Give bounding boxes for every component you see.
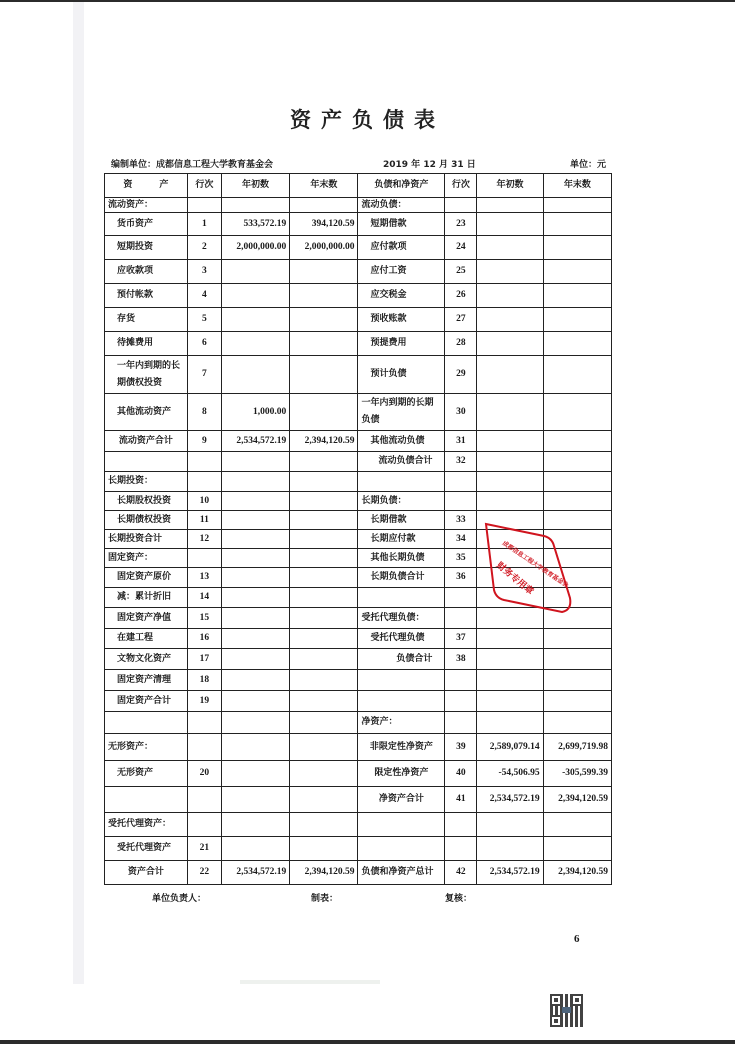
- asset-begin-value: [221, 837, 289, 861]
- asset-label: 长期债权投资: [105, 511, 188, 530]
- asset-row-no: 16: [187, 629, 221, 649]
- asset-begin-value: [221, 260, 289, 284]
- liability-begin-value: [477, 691, 543, 712]
- signature-unit-head: 单位负责人：: [152, 891, 206, 904]
- asset-end-value: [290, 837, 358, 861]
- asset-begin-value: 533,572.19: [221, 213, 289, 236]
- signature-preparer: 制表：: [311, 891, 338, 904]
- preparing-unit: 编制单位：成都信息工程大学教育基金会: [111, 157, 273, 170]
- asset-begin-value: [221, 284, 289, 308]
- asset-begin-value: [221, 332, 289, 356]
- liability-label: 长期负债合计: [358, 568, 445, 588]
- liability-begin-value: [477, 837, 543, 861]
- asset-label: 流动资产：: [105, 198, 188, 213]
- liability-begin-value: [477, 588, 543, 608]
- asset-row-no: 17: [187, 649, 221, 670]
- liability-row-no: 30: [445, 394, 477, 431]
- liability-begin-value: [477, 712, 543, 734]
- asset-begin-value: [221, 588, 289, 608]
- liability-begin-value: [477, 492, 543, 511]
- liability-begin-value: [477, 394, 543, 431]
- liability-label: 净资产合计: [358, 787, 445, 813]
- liability-end-value: [543, 198, 611, 213]
- asset-label: 资产合计: [105, 861, 188, 885]
- liability-label: [358, 670, 445, 691]
- asset-end-value: [290, 588, 358, 608]
- liability-end-value: [543, 356, 611, 394]
- table-row: 减：累计折旧14: [105, 588, 612, 608]
- liability-label: 流动负债：: [358, 198, 445, 213]
- asset-row-no: [187, 452, 221, 472]
- liability-row-no: [445, 492, 477, 511]
- liability-label: 应付工资: [358, 260, 445, 284]
- document-title: 资产负债表: [0, 104, 735, 134]
- liability-end-value: [543, 691, 611, 712]
- liability-end-value: [543, 530, 611, 549]
- liability-row-no: 36: [445, 568, 477, 588]
- liability-label: 负债合计: [358, 649, 445, 670]
- liability-end-value: [543, 837, 611, 861]
- liability-begin-value: [477, 260, 543, 284]
- liability-row-no: [445, 608, 477, 629]
- liability-label: 净资产：: [358, 712, 445, 734]
- liability-begin-value: [477, 332, 543, 356]
- qr-code-icon: [550, 994, 583, 1027]
- asset-label: 在建工程: [105, 629, 188, 649]
- scan-page-edge: [73, 2, 84, 984]
- liability-row-no: [445, 588, 477, 608]
- asset-row-no: 22: [187, 861, 221, 885]
- asset-end-value: [290, 712, 358, 734]
- asset-label: 短期投资: [105, 236, 188, 260]
- asset-row-no: 14: [187, 588, 221, 608]
- table-row: 流动负债合计32: [105, 452, 612, 472]
- asset-end-value: [290, 568, 358, 588]
- asset-row-no: [187, 813, 221, 837]
- asset-row-no: 1: [187, 213, 221, 236]
- header-end-right: 年末数: [543, 174, 611, 198]
- liability-label: [358, 691, 445, 712]
- asset-label: 无形资产: [105, 761, 188, 787]
- table-row: 待摊费用6预提费用28: [105, 332, 612, 356]
- liability-row-no: [445, 670, 477, 691]
- asset-end-value: 2,000,000.00: [290, 236, 358, 260]
- asset-row-no: [187, 198, 221, 213]
- asset-end-value: [290, 260, 358, 284]
- liability-begin-value: [477, 549, 543, 568]
- asset-end-value: [290, 608, 358, 629]
- table-row: 应收款项3应付工资25: [105, 260, 612, 284]
- header-begin: 年初数: [221, 174, 289, 198]
- asset-row-no: 18: [187, 670, 221, 691]
- liability-end-value: 2,394,120.59: [543, 787, 611, 813]
- asset-begin-value: [221, 670, 289, 691]
- asset-begin-value: [221, 198, 289, 213]
- liability-end-value: [543, 568, 611, 588]
- liability-row-no: 29: [445, 356, 477, 394]
- liability-label: 预收账款: [358, 308, 445, 332]
- asset-row-no: 3: [187, 260, 221, 284]
- table-row: 资产合计222,534,572.192,394,120.59负债和净资产总计42…: [105, 861, 612, 885]
- liability-label: 其他长期负债: [358, 549, 445, 568]
- asset-end-value: [290, 734, 358, 761]
- currency-unit: 单位：元: [570, 157, 606, 170]
- header-row-no: 行次: [187, 174, 221, 198]
- liability-label: 流动负债合计: [358, 452, 445, 472]
- liability-row-no: 37: [445, 629, 477, 649]
- table-row: 净资产：: [105, 712, 612, 734]
- asset-begin-value: [221, 787, 289, 813]
- asset-label: 固定资产：: [105, 549, 188, 568]
- liability-end-value: [543, 260, 611, 284]
- asset-label: [105, 712, 188, 734]
- table-body: 流动资产：流动负债：货币资产1533,572.19394,120.59短期借款2…: [105, 198, 612, 885]
- asset-label: 货币资产: [105, 213, 188, 236]
- table-row: 流动资产：流动负债：: [105, 198, 612, 213]
- liability-row-no: 32: [445, 452, 477, 472]
- liability-begin-value: 2,534,572.19: [477, 787, 543, 813]
- asset-label: 预付帐款: [105, 284, 188, 308]
- liability-begin-value: [477, 649, 543, 670]
- table-header-row: 资 产 行次 年初数 年末数 负债和净资产 行次 年初数 年末数: [105, 174, 612, 198]
- table-row: 预付帐款4应交税金26: [105, 284, 612, 308]
- table-row: 其他流动资产81,000.00一年内到期的长期负债30: [105, 394, 612, 431]
- liability-end-value: [543, 712, 611, 734]
- liability-end-value: [543, 308, 611, 332]
- scan-page-edge-bottom: [240, 980, 380, 984]
- table-row: 无形资产20限定性净资产40-54,506.95-305,599.39: [105, 761, 612, 787]
- liability-end-value: [543, 394, 611, 431]
- table-row: 长期债权投资11长期借款33: [105, 511, 612, 530]
- liability-end-value: [543, 236, 611, 260]
- table-row: 存货5预收账款27: [105, 308, 612, 332]
- asset-end-value: [290, 530, 358, 549]
- asset-begin-value: [221, 734, 289, 761]
- liability-end-value: [543, 588, 611, 608]
- table-row: 固定资产原价13长期负债合计36: [105, 568, 612, 588]
- asset-begin-value: [221, 549, 289, 568]
- asset-row-no: 19: [187, 691, 221, 712]
- liability-begin-value: [477, 452, 543, 472]
- asset-begin-value: [221, 530, 289, 549]
- asset-begin-value: 1,000.00: [221, 394, 289, 431]
- liability-end-value: [543, 213, 611, 236]
- liability-end-value: [543, 670, 611, 691]
- liability-label: 负债和净资产总计: [358, 861, 445, 885]
- asset-label: 文物文化资产: [105, 649, 188, 670]
- asset-end-value: [290, 629, 358, 649]
- liability-begin-value: [477, 213, 543, 236]
- liability-label: 预提费用: [358, 332, 445, 356]
- asset-begin-value: 2,534,572.19: [221, 431, 289, 452]
- balance-sheet-table: 资 产 行次 年初数 年末数 负债和净资产 行次 年初数 年末数 流动资产：流动…: [104, 173, 612, 885]
- table-row: 固定资产合计19: [105, 691, 612, 712]
- asset-row-no: [187, 712, 221, 734]
- asset-end-value: [290, 787, 358, 813]
- asset-label: 待摊费用: [105, 332, 188, 356]
- liability-label: 应付款项: [358, 236, 445, 260]
- asset-row-no: 15: [187, 608, 221, 629]
- liability-begin-value: 2,534,572.19: [477, 861, 543, 885]
- asset-row-no: 2: [187, 236, 221, 260]
- liability-begin-value: [477, 198, 543, 213]
- table-row: 长期股权投资10长期负债：: [105, 492, 612, 511]
- asset-row-no: 21: [187, 837, 221, 861]
- liability-end-value: [543, 452, 611, 472]
- liability-row-no: 23: [445, 213, 477, 236]
- asset-begin-value: [221, 308, 289, 332]
- asset-begin-value: [221, 452, 289, 472]
- liability-begin-value: [477, 472, 543, 492]
- asset-label: 流动资产合计: [105, 431, 188, 452]
- liability-row-no: [445, 198, 477, 213]
- table-row: 长期投资：: [105, 472, 612, 492]
- asset-begin-value: [221, 629, 289, 649]
- liability-label: 短期借款: [358, 213, 445, 236]
- liability-row-no: [445, 813, 477, 837]
- asset-row-no: 11: [187, 511, 221, 530]
- table-row: 一年内到期的长期债权投资7预计负债29: [105, 356, 612, 394]
- asset-end-value: 2,394,120.59: [290, 431, 358, 452]
- asset-end-value: [290, 649, 358, 670]
- asset-label: 应收款项: [105, 260, 188, 284]
- asset-label: 存货: [105, 308, 188, 332]
- table-row: 长期投资合计12长期应付款34: [105, 530, 612, 549]
- liability-begin-value: [477, 629, 543, 649]
- liability-label: 受托代理负债：: [358, 608, 445, 629]
- liability-end-value: [543, 813, 611, 837]
- page-number: 6: [574, 933, 580, 945]
- asset-begin-value: [221, 492, 289, 511]
- asset-end-value: [290, 284, 358, 308]
- liability-end-value: 2,699,719.98: [543, 734, 611, 761]
- liability-row-no: 27: [445, 308, 477, 332]
- asset-end-value: [290, 452, 358, 472]
- asset-end-value: [290, 761, 358, 787]
- liability-label: 一年内到期的长期负债: [358, 394, 445, 431]
- asset-label: 减：累计折旧: [105, 588, 188, 608]
- liability-label: 应交税金: [358, 284, 445, 308]
- liability-end-value: [543, 549, 611, 568]
- asset-label: 固定资产原价: [105, 568, 188, 588]
- liability-label: [358, 588, 445, 608]
- liability-row-no: [445, 837, 477, 861]
- liability-end-value: [543, 492, 611, 511]
- asset-end-value: [290, 308, 358, 332]
- asset-end-value: [290, 691, 358, 712]
- asset-end-value: [290, 332, 358, 356]
- liability-row-no: 28: [445, 332, 477, 356]
- liability-begin-value: [477, 356, 543, 394]
- liability-label: [358, 472, 445, 492]
- asset-label: 固定资产净值: [105, 608, 188, 629]
- table-row: 货币资产1533,572.19394,120.59短期借款23: [105, 213, 612, 236]
- asset-end-value: [290, 813, 358, 837]
- asset-label: 长期投资：: [105, 472, 188, 492]
- asset-begin-value: [221, 472, 289, 492]
- asset-label: 受托代理资产: [105, 837, 188, 861]
- liability-row-no: [445, 691, 477, 712]
- liability-begin-value: [477, 530, 543, 549]
- liability-begin-value: [477, 236, 543, 260]
- liability-end-value: [543, 431, 611, 452]
- header-assets: 资 产: [105, 174, 188, 198]
- asset-begin-value: 2,000,000.00: [221, 236, 289, 260]
- header-liabilities: 负债和净资产: [358, 174, 445, 198]
- asset-begin-value: [221, 761, 289, 787]
- liability-label: [358, 813, 445, 837]
- liability-label: [358, 837, 445, 861]
- liability-begin-value: [477, 670, 543, 691]
- asset-row-no: [187, 787, 221, 813]
- liability-row-no: 35: [445, 549, 477, 568]
- asset-label: 其他流动资产: [105, 394, 188, 431]
- viewer-top-bar: [0, 0, 735, 2]
- liability-row-no: [445, 712, 477, 734]
- asset-row-no: 7: [187, 356, 221, 394]
- liability-label: 其他流动负债: [358, 431, 445, 452]
- liability-begin-value: [477, 608, 543, 629]
- liability-row-no: 39: [445, 734, 477, 761]
- liability-end-value: [543, 608, 611, 629]
- liability-row-no: 31: [445, 431, 477, 452]
- table-row: 流动资产合计92,534,572.192,394,120.59其他流动负债31: [105, 431, 612, 452]
- asset-row-no: 8: [187, 394, 221, 431]
- table-row: 短期投资22,000,000.002,000,000.00应付款项24: [105, 236, 612, 260]
- liability-end-value: [543, 332, 611, 356]
- liability-row-no: 34: [445, 530, 477, 549]
- asset-begin-value: [221, 511, 289, 530]
- asset-row-no: 9: [187, 431, 221, 452]
- table-row: 固定资产净值15受托代理负债：: [105, 608, 612, 629]
- liability-row-no: [445, 472, 477, 492]
- asset-row-no: [187, 549, 221, 568]
- liability-end-value: 2,394,120.59: [543, 861, 611, 885]
- liability-begin-value: [477, 308, 543, 332]
- table-row: 无形资产：非限定性净资产392,589,079.142,699,719.98: [105, 734, 612, 761]
- liability-begin-value: [477, 284, 543, 308]
- liability-row-no: 40: [445, 761, 477, 787]
- asset-row-no: [187, 734, 221, 761]
- asset-row-no: [187, 472, 221, 492]
- liability-end-value: [543, 472, 611, 492]
- asset-label: 固定资产清理: [105, 670, 188, 691]
- asset-row-no: 12: [187, 530, 221, 549]
- asset-label: 长期投资合计: [105, 530, 188, 549]
- table-row: 净资产合计412,534,572.192,394,120.59: [105, 787, 612, 813]
- asset-end-value: [290, 549, 358, 568]
- asset-end-value: [290, 472, 358, 492]
- asset-end-value: [290, 394, 358, 431]
- asset-begin-value: [221, 691, 289, 712]
- asset-label: 长期股权投资: [105, 492, 188, 511]
- asset-begin-value: [221, 649, 289, 670]
- liability-label: 长期借款: [358, 511, 445, 530]
- asset-label: [105, 452, 188, 472]
- asset-row-no: 4: [187, 284, 221, 308]
- liability-begin-value: [477, 431, 543, 452]
- liability-begin-value: -54,506.95: [477, 761, 543, 787]
- table-row: 受托代理资产：: [105, 813, 612, 837]
- liability-label: 受托代理负债: [358, 629, 445, 649]
- liability-row-no: 33: [445, 511, 477, 530]
- asset-end-value: 2,394,120.59: [290, 861, 358, 885]
- liability-row-no: 26: [445, 284, 477, 308]
- table-row: 文物文化资产17负债合计38: [105, 649, 612, 670]
- asset-end-value: [290, 198, 358, 213]
- asset-begin-value: [221, 712, 289, 734]
- liability-end-value: [543, 284, 611, 308]
- liability-begin-value: [477, 511, 543, 530]
- liability-row-no: 25: [445, 260, 477, 284]
- liability-row-no: 24: [445, 236, 477, 260]
- asset-begin-value: [221, 356, 289, 394]
- asset-row-no: 6: [187, 332, 221, 356]
- liability-begin-value: [477, 813, 543, 837]
- header-row-no-right: 行次: [445, 174, 477, 198]
- liability-row-no: 41: [445, 787, 477, 813]
- liability-label: 长期负债：: [358, 492, 445, 511]
- liability-label: 限定性净资产: [358, 761, 445, 787]
- table-row: 固定资产：其他长期负债35: [105, 549, 612, 568]
- report-date: 2019 年 12 月 31 日: [383, 157, 476, 170]
- signature-reviewer: 复核：: [445, 891, 472, 904]
- table-row: 在建工程16受托代理负债37: [105, 629, 612, 649]
- viewer-bottom-bar: [0, 1040, 735, 1044]
- liability-end-value: [543, 649, 611, 670]
- liability-begin-value: 2,589,079.14: [477, 734, 543, 761]
- asset-end-value: [290, 492, 358, 511]
- table-row: 受托代理资产21: [105, 837, 612, 861]
- liability-label: 非限定性净资产: [358, 734, 445, 761]
- liability-row-no: 42: [445, 861, 477, 885]
- table-row: 固定资产清理18: [105, 670, 612, 691]
- asset-begin-value: [221, 813, 289, 837]
- liability-row-no: 38: [445, 649, 477, 670]
- asset-end-value: [290, 511, 358, 530]
- asset-begin-value: [221, 568, 289, 588]
- asset-end-value: 394,120.59: [290, 213, 358, 236]
- asset-label: 固定资产合计: [105, 691, 188, 712]
- asset-row-no: 5: [187, 308, 221, 332]
- asset-row-no: 20: [187, 761, 221, 787]
- liability-end-value: [543, 629, 611, 649]
- liability-label: 长期应付款: [358, 530, 445, 549]
- asset-label: [105, 787, 188, 813]
- liability-label: 预计负债: [358, 356, 445, 394]
- liability-end-value: -305,599.39: [543, 761, 611, 787]
- asset-begin-value: 2,534,572.19: [221, 861, 289, 885]
- liability-begin-value: [477, 568, 543, 588]
- header-end: 年末数: [290, 174, 358, 198]
- asset-end-value: [290, 670, 358, 691]
- asset-row-no: 10: [187, 492, 221, 511]
- asset-row-no: 13: [187, 568, 221, 588]
- asset-label: 受托代理资产：: [105, 813, 188, 837]
- asset-begin-value: [221, 608, 289, 629]
- liability-end-value: [543, 511, 611, 530]
- asset-end-value: [290, 356, 358, 394]
- header-begin-right: 年初数: [477, 174, 543, 198]
- asset-label: 一年内到期的长期债权投资: [105, 356, 188, 394]
- asset-label: 无形资产：: [105, 734, 188, 761]
